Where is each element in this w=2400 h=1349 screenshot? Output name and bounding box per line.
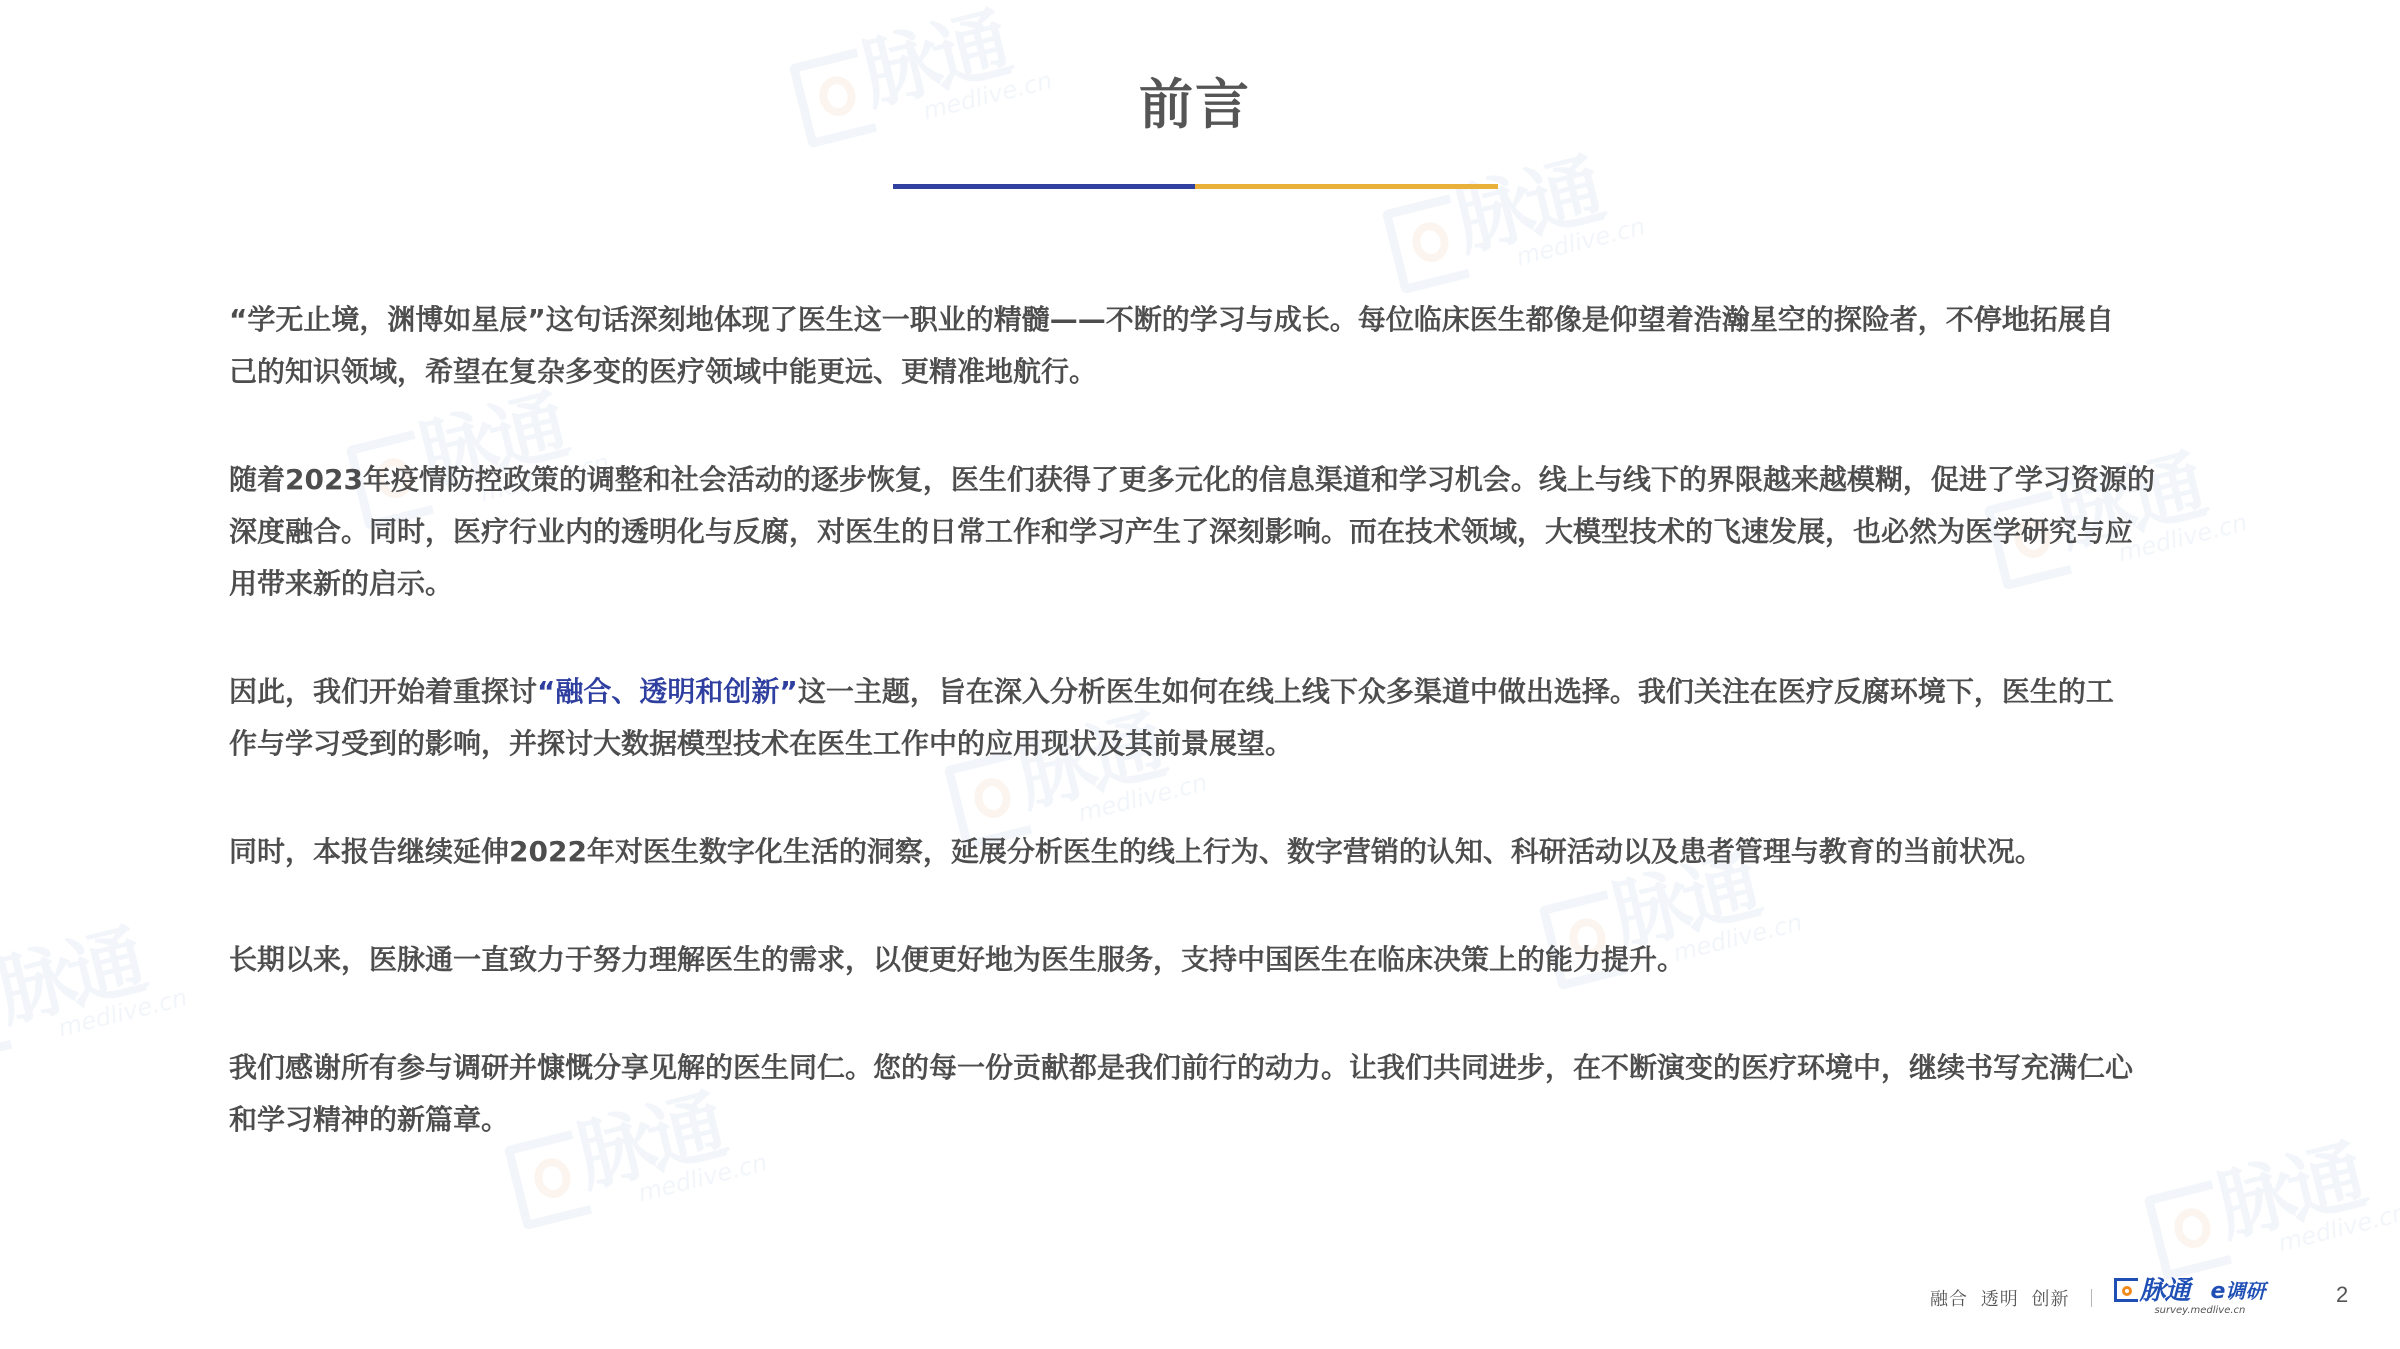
- logo-url: survey.medlive.cn: [2154, 1305, 2245, 1316]
- medlive-survey-logo: 脉通 e调研 survey.medlive.cn: [2114, 1276, 2264, 1320]
- watermark-url: medlive.cn: [1513, 212, 1648, 271]
- paragraph-3: 因此，我们开始着重探讨“融合、透明和创新”这一主题，旨在深入分析医生如何在线上线…: [229, 666, 2239, 770]
- paragraph-4: 同时，本报告继续延伸2022年对医生数字化生活的洞察，延展分析医生的线上行为、数…: [229, 826, 2239, 878]
- paragraph-line: 己的知识领域，希望在复杂多变的医疗领域中能更远、更精准地航行。: [229, 346, 2239, 398]
- paragraph-5: 长期以来，医脉通一直致力于努力理解医生的需求，以便更好地为医生服务，支持中国医生…: [229, 934, 2239, 986]
- paragraph-line: 因此，我们开始着重探讨“融合、透明和创新”这一主题，旨在深入分析医生如何在线上线…: [229, 666, 2239, 718]
- paragraph-2: 随着2023年疫情防控政策的调整和社会活动的逐步恢复，医生们获得了更多元化的信息…: [229, 454, 2239, 610]
- footer-slogan: 融合 透明 创新: [1930, 1285, 2069, 1311]
- watermark-url: medlive.cn: [55, 983, 190, 1042]
- medlive-logo-icon: [1381, 194, 1470, 294]
- watermark-url: medlive.cn: [2275, 1198, 2400, 1257]
- paragraph-line: 和学习精神的新篇章。: [229, 1094, 2239, 1146]
- footer: 融合 透明 创新 脉通 e调研 survey.medlive.cn: [1930, 1276, 2264, 1320]
- watermark-text: 脉通: [1446, 146, 1608, 268]
- highlight-theme: “融合、透明和创新”: [537, 675, 798, 708]
- page-number: 2: [2336, 1282, 2348, 1308]
- logo-text: 脉通: [2139, 1276, 2189, 1306]
- footer-divider: [2091, 1289, 2092, 1307]
- logo-e-char: e: [2210, 1279, 2225, 1304]
- paragraph-1: “学无止境，渊博如星辰”这句话深刻地体现了医生这一职业的精髓——不断的学习与成长…: [229, 294, 2239, 398]
- watermark: 脉通 medlive.cn: [0, 909, 171, 1079]
- paragraph-6: 我们感谢所有参与调研并慷慨分享见解的医生同仁。您的每一份贡献都是我们前行的动力。…: [229, 1042, 2239, 1146]
- paragraph-line: 随着2023年疫情防控政策的调整和社会活动的逐步恢复，医生们获得了更多元化的信息…: [229, 454, 2239, 506]
- paragraph-line: 同时，本报告继续延伸2022年对医生数字化生活的洞察，延展分析医生的线上行为、数…: [229, 826, 2239, 878]
- watermark-text: 脉通: [0, 917, 150, 1039]
- paragraph-text: 因此，我们开始着重探讨: [229, 675, 537, 708]
- title-underline: [893, 184, 1498, 189]
- paragraph-line: 我们感谢所有参与调研并慷慨分享见解的医生同仁。您的每一份贡献都是我们前行的动力。…: [229, 1042, 2239, 1094]
- medlive-logo-icon: [2114, 1278, 2138, 1302]
- logo-survey-text: 调研: [2225, 1279, 2265, 1303]
- paragraph-line: 长期以来，医脉通一直致力于努力理解医生的需求，以便更好地为医生服务，支持中国医生…: [229, 934, 2239, 986]
- paragraph-line: 作与学习受到的影响，并探讨大数据模型技术在医生工作中的应用现状及其前景展望。: [229, 718, 2239, 770]
- title-underline-blue: [893, 184, 1195, 189]
- paragraph-line: 用带来新的启示。: [229, 558, 2239, 610]
- preface-body: “学无止境，渊博如星辰”这句话深刻地体现了医生这一职业的精髓——不断的学习与成长…: [229, 294, 2239, 1202]
- paragraph-line: “学无止境，渊博如星辰”这句话深刻地体现了医生这一职业的精髓——不断的学习与成长…: [229, 294, 2239, 346]
- medlive-logo-dot-icon: [1408, 218, 1453, 266]
- medlive-logo-icon: [0, 965, 12, 1065]
- page-title: 前言: [0, 70, 2390, 140]
- medlive-logo: 脉通: [2114, 1276, 2189, 1306]
- e-survey-logo: e调研: [2210, 1276, 2265, 1307]
- paragraph-text: 这一主题，旨在深入分析医生如何在线上线下众多渠道中做出选择。我们关注在医疗反腐环…: [798, 675, 2114, 708]
- medlive-logo-dot-icon: [2170, 1204, 2215, 1252]
- watermark: 脉通 medlive.cn: [1377, 138, 1629, 308]
- title-underline-gold: [1195, 184, 1498, 189]
- paragraph-line: 深度融合。同时，医疗行业内的透明化与反腐，对医生的日常工作和学习产生了深刻影响。…: [229, 506, 2239, 558]
